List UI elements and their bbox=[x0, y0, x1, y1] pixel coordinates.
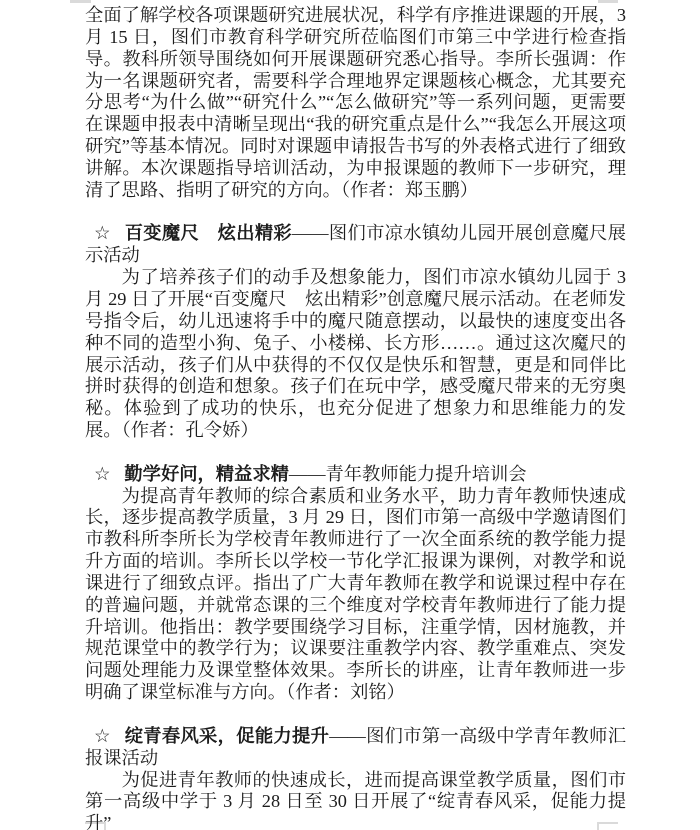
star-icon: ☆ bbox=[94, 464, 110, 484]
heading-title: 勤学好问，精益求精 bbox=[124, 464, 289, 484]
paragraph-teacher-training-session: 为提高青年教师的综合素质和业务水平，助力青年教师快速成长，逐步提高教学质量，3 … bbox=[85, 486, 626, 704]
paragraph-youth-demo-class-activity: 为促进青年教师的快速成长，进而提高课堂教学质量，图们市第一高级中学于 3 月 2… bbox=[85, 770, 626, 830]
heading-youth-demo-class: ☆绽青春风采，促能力提升——图们市第一高级中学青年教师汇报课活动 bbox=[85, 726, 626, 770]
paragraph-magic-ruler-activity: 为了培养孩子们的动手及想象能力，图们市凉水镇幼儿园于 3 月 29 日了开展“百… bbox=[85, 267, 626, 442]
crop-mark-top-left bbox=[70, 0, 91, 3]
crop-mark-top-right bbox=[598, 0, 618, 3]
heading-subtitle: ——青年教师能力提升培训会 bbox=[289, 464, 527, 484]
paragraph-topic-research-inspection: 全面了解学校各项课题研究进展状况，科学有序推进课题的开展，3 月 15 日，图们… bbox=[85, 5, 626, 202]
heading-teacher-training: ☆勤学好问，精益求精——青年教师能力提升培训会 bbox=[85, 464, 626, 486]
heading-title: 百变魔尺 炫出精彩 bbox=[125, 223, 292, 243]
heading-title: 绽青春风采，促能力提升 bbox=[125, 726, 330, 746]
text-area: 全面了解学校各项课题研究进展状况，科学有序推进课题的开展，3 月 15 日，图们… bbox=[85, 5, 626, 830]
star-icon: ☆ bbox=[94, 223, 111, 243]
document-page: 全面了解学校各项课题研究进展状况，科学有序推进课题的开展，3 月 15 日，图们… bbox=[0, 0, 700, 830]
star-icon: ☆ bbox=[94, 726, 111, 746]
heading-magic-ruler-show: ☆百变魔尺 炫出精彩——图们市凉水镇幼儿园开展创意魔尺展示活动 bbox=[85, 223, 626, 267]
